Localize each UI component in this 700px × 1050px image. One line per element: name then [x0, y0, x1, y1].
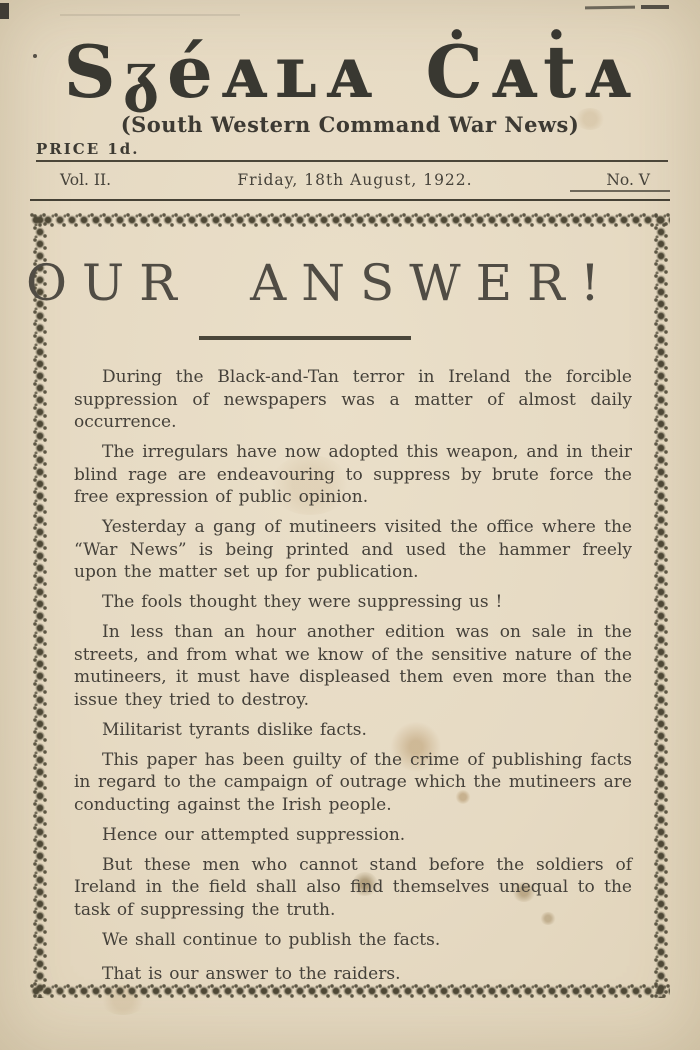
volume-label: Vol. II. [30, 171, 220, 189]
paragraph: This paper has been guilty of the crime … [74, 749, 632, 817]
paragraph: Militarist tyrants dislike facts. [74, 719, 632, 742]
ink-mark [60, 14, 240, 16]
ink-mark [0, 3, 9, 19]
article-title-block: OUR ANSWER! [26, 254, 584, 340]
article-body: OUR ANSWER! During the Black-and-Tan ter… [30, 212, 670, 986]
article-frame: OUR ANSWER! During the Black-and-Tan ter… [30, 212, 670, 1000]
paragraph: We shall continue to publish the facts. [74, 929, 632, 952]
ink-mark [585, 6, 635, 10]
masthead-title-word-2: Ċᴀṫᴀ [426, 29, 637, 114]
paragraph: But these men who cannot stand before th… [74, 854, 632, 922]
paragraph: The irregulars have now adopted this wea… [74, 441, 632, 509]
dateline-row: Vol. II. Friday, 18th August, 1922. No. … [0, 162, 700, 199]
price-label: PRICE 1d. [36, 140, 140, 158]
issue-number-label: No. V [490, 171, 670, 189]
masthead-subtitle: (South Western Command War News) [0, 112, 700, 137]
masthead: SᵹéᴀʟᴀĊᴀṫᴀ (South Western Command War Ne… [0, 36, 700, 201]
date-label: Friday, 18th August, 1922. [220, 171, 490, 189]
masthead-title-word-1: Sᵹéᴀʟᴀ [64, 29, 378, 114]
paragraph: Yesterday a gang of mutineers visited th… [74, 516, 632, 584]
ornamental-border-bottom [30, 983, 670, 1000]
price-row: PRICE 1d. [36, 140, 668, 162]
paragraph: That is our answer to the raiders. [74, 963, 632, 986]
article-paragraphs: During the Black-and-Tan terror in Irela… [74, 366, 632, 986]
paragraph: Hence our attempted suppression. [74, 824, 632, 847]
masthead-title: SᵹéᴀʟᴀĊᴀṫᴀ [0, 36, 700, 108]
title-underline-rule [199, 336, 411, 340]
newspaper-page: SᵹéᴀʟᴀĊᴀṫᴀ (South Western Command War Ne… [0, 0, 700, 1050]
paragraph: In less than an hour another edition was… [74, 621, 632, 711]
article-title: OUR ANSWER! [26, 254, 584, 312]
ink-mark [641, 5, 669, 9]
paragraph: During the Black-and-Tan terror in Irela… [74, 366, 632, 434]
masthead-divider-rule [30, 199, 670, 201]
paragraph: The fools thought they were suppressing … [74, 591, 632, 614]
